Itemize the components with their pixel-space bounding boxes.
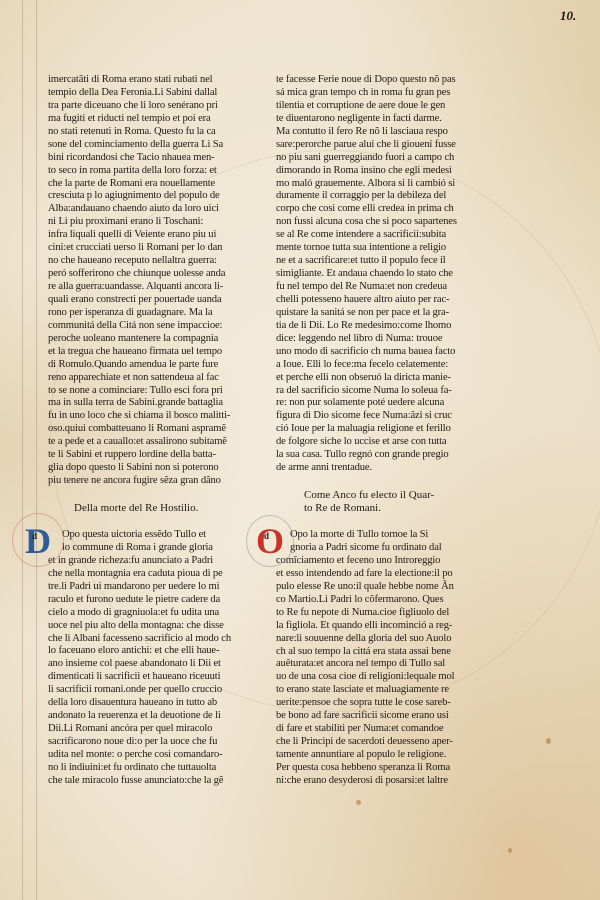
text-line: tra parte diceuano che li loro senérano … bbox=[48, 100, 258, 113]
text-line: no li indiuini:et fu ordinato che tuttau… bbox=[48, 762, 258, 775]
text-line: no che haueano receputo nellaltra guerra… bbox=[48, 255, 258, 268]
text-line: no stati retenuti in Roma. Questo fu la … bbox=[48, 126, 258, 139]
text-line: glia dopo questo li Sabini non si potero… bbox=[48, 462, 258, 475]
text-line: fu in uno loco che si chiama il bosco ma… bbox=[48, 410, 258, 423]
text-line: la figliola. Et quando elli incominció a… bbox=[276, 620, 490, 633]
text-line: no piu sani guerreggiando fuori a campo … bbox=[276, 152, 490, 165]
text-line: te diuentarono negligente in facti darme… bbox=[276, 113, 490, 126]
text-line: de folgore siche lo uccise et arse con t… bbox=[276, 436, 490, 449]
text-line: peroche uoleano mantenere la compagnia bbox=[48, 333, 258, 346]
heading-line: to Re de Romani. bbox=[304, 502, 490, 515]
text-line: simigliante. Et andaua chaendo lo stato … bbox=[276, 268, 490, 281]
text-line: et esso intendendo ad fare la electione:… bbox=[276, 568, 490, 581]
text-line: mente tornoe tutta sua intentione a reli… bbox=[276, 242, 490, 255]
left-paragraph-2: D d Opo questa uictoria essẽdo Tullo et … bbox=[48, 529, 258, 788]
text-line: Per questa cosa hebbeno speranza li Roma bbox=[276, 762, 490, 775]
text-line: Dii.Li Romani ancóra per quel miracolo bbox=[48, 723, 258, 736]
text-line: peró sofferirono che chiunque uolesse an… bbox=[48, 268, 258, 281]
text-line: to Re fu nepote di Numa.cioe figliuolo d… bbox=[276, 607, 490, 620]
text-line: sone del cominciamento della guerra Li S… bbox=[48, 139, 258, 152]
text-line: ció Ioue per la maluagia religione et fe… bbox=[276, 423, 490, 436]
text-line: et perche elli non obseruó la diricta ma… bbox=[276, 372, 490, 385]
text-line: lo faceuano eloro antichi: et che elli h… bbox=[48, 645, 258, 658]
text-line: uerite:pensoe che sopra tutte le cose sa… bbox=[276, 697, 490, 710]
text-line: piu tenere ne ancora fugire sẽza gran dã… bbox=[48, 475, 258, 488]
text-line: uo de una cosa cioe di religioni:lequale… bbox=[276, 671, 490, 684]
text-line: infra liquali quelli di Veiente erano pi… bbox=[48, 229, 258, 242]
text-line: uno modo di sacrificio ch numa bauea fac… bbox=[276, 346, 490, 359]
text-line: communitá della Citá non sene impaccioe: bbox=[48, 320, 258, 333]
illuminated-initial-o: O bbox=[252, 521, 288, 561]
text-line: dimorando in Roma insino che egli medesi bbox=[276, 165, 490, 178]
text-line: tre.li Padri ui mandarono per uedere lo … bbox=[48, 581, 258, 594]
ruling-line bbox=[22, 0, 23, 900]
text-line: sare:perorche parue alui che li giouení … bbox=[276, 139, 490, 152]
text-line: raculo et furono uedute le pietre cadere… bbox=[48, 594, 258, 607]
text-line: di Romulo.Quando amendua le parte fure bbox=[48, 359, 258, 372]
text-line: bini ricordandosi che Tacio nhauea men- bbox=[48, 152, 258, 165]
text-line: udita nel monte: o perche cosi comandaro… bbox=[48, 749, 258, 762]
guide-letter: d bbox=[32, 531, 37, 541]
text-line: be bono ad fare sacrificii sicome erano … bbox=[276, 710, 490, 723]
text-line: della loro disauentura haueano in tutto … bbox=[48, 697, 258, 710]
text-line: sacrificarono noue di:o per la uoce che … bbox=[48, 736, 258, 749]
heading-line: Come Anco fu electo il Quar- bbox=[304, 489, 490, 502]
text-line: dice: leggendo nel libro di Numa: trouoe bbox=[276, 333, 490, 346]
text-line: duramente il corraggio per la debileza d… bbox=[276, 190, 490, 203]
text-line: ch al suo tempo la cittá era stata assai… bbox=[276, 646, 490, 659]
text-line: che li Principi de sacerdoti deuesseno a… bbox=[276, 736, 490, 749]
text-line: li sacrificii romani.onde per quello cru… bbox=[48, 684, 258, 697]
chapter-heading: Della morte del Re Hostilio. bbox=[74, 502, 258, 515]
text-line: reno apparechiate et non sattendeua al f… bbox=[48, 372, 258, 385]
text-line: cini:et crucciati uerso li Romani per lo… bbox=[48, 242, 258, 255]
text-line: figura di Dio sicome fece Numa:ãzi si cr… bbox=[276, 410, 490, 423]
text-line: tilentia et corruptione de aere doue le … bbox=[276, 100, 490, 113]
text-line: cresciuta p lo agiugnimento del populo d… bbox=[48, 190, 258, 203]
text-line: andonato la reuerenza et la deuotione de… bbox=[48, 710, 258, 723]
text-line: tamente annuntiare al populo le religion… bbox=[276, 749, 490, 762]
text-line: gnoria a Padri sicome fu ordinato dal bbox=[276, 542, 490, 555]
foxing-spot bbox=[546, 738, 551, 744]
text-line: rono per isperanza di guadagnare. Ma la bbox=[48, 307, 258, 320]
ruling-line bbox=[36, 0, 37, 900]
text-line: tia de li Dii. Lo Re medesimo:come lhomo bbox=[276, 320, 490, 333]
text-line: mo maló grauemente. Albora si li cambió … bbox=[276, 178, 490, 191]
text-line: chelli potesseno hauere altro aiuto per … bbox=[276, 294, 490, 307]
text-line: pulo elesse Re uno:il quale hebbe nome Ã… bbox=[276, 581, 490, 594]
text-line: quali erano constrecti per pouertade uan… bbox=[48, 294, 258, 307]
text-line: dimenticati li sacrificii et haueano ric… bbox=[48, 671, 258, 684]
text-line: corpo che cosi come elli credea in prima… bbox=[276, 203, 490, 216]
text-line: re: non pur solamente poté uedere alcuna bbox=[276, 397, 490, 410]
text-line: te facesse Ferie noue di Dopo questo nõ … bbox=[276, 74, 490, 87]
right-paragraph-2: O d Opo la morte di Tullo tornoe la Si g… bbox=[276, 529, 490, 788]
text-line: comīciamento et feceno uno Introreggio bbox=[276, 555, 490, 568]
text-line: la sua casa. Tullo regnó con grande preg… bbox=[276, 449, 490, 462]
chapter-heading: Come Anco fu electo il Quar- to Re de Ro… bbox=[304, 489, 490, 515]
right-column: te facesse Ferie noue di Dopo questo nõ … bbox=[276, 74, 490, 788]
text-line: ni:che erano desyderosi di posarsi:et la… bbox=[276, 775, 490, 788]
right-paragraph-1: te facesse Ferie noue di Dopo questo nõ … bbox=[276, 74, 490, 475]
text-line: fu nel tempo del Re Numa:et non credeua bbox=[276, 281, 490, 294]
text-line: se al Re come intendere a sacrificii:sub… bbox=[276, 229, 490, 242]
text-line: non fussi alcuna cosa che si poco sapart… bbox=[276, 216, 490, 229]
folio-number: 10. bbox=[560, 8, 576, 24]
text-line: re alla guerra:uandasse. Alquanti ancora… bbox=[48, 281, 258, 294]
text-line: Alba:andauano chaendo aiuto da loro uici bbox=[48, 203, 258, 216]
text-line: lo commune di Roma i grande gloria bbox=[48, 542, 258, 555]
text-line: uoce nel piu alto della montagna: che di… bbox=[48, 620, 258, 633]
text-line: che la parte de Romani era nouellamente bbox=[48, 178, 258, 191]
foxing-spot bbox=[356, 800, 361, 805]
text-line: ma in sulla terra de Sabini.grande batta… bbox=[48, 397, 258, 410]
text-line: nare:li souuenne della gloria del suo Au… bbox=[276, 633, 490, 646]
text-line: che tale miracolo fusse anunciato:che la… bbox=[48, 775, 258, 788]
text-line: Opo la morte di Tullo tornoe la Si bbox=[276, 529, 490, 542]
text-line: Opo questa uictoria essẽdo Tullo et bbox=[48, 529, 258, 542]
text-line: de arme anni trentadue. bbox=[276, 462, 490, 475]
text-line: to seco in roma partita della loro forza… bbox=[48, 165, 258, 178]
text-line: et in grande richeza:fu anunciato a Padr… bbox=[48, 555, 258, 568]
text-line: ano insieme col paese abandonato li Dii … bbox=[48, 658, 258, 671]
text-line: et la tregua che haueano firmata uel tem… bbox=[48, 346, 258, 359]
text-line: ma fugiti et riducti nel tempio et poi e… bbox=[48, 113, 258, 126]
text-line: a Ioue. Elli lo fece:ma fecelo celatemen… bbox=[276, 359, 490, 372]
guide-letter: d bbox=[264, 531, 269, 541]
illuminated-initial-d: D bbox=[20, 521, 56, 561]
text-line: te li Sabini et ruppero lordine della ba… bbox=[48, 449, 258, 462]
manuscript-page: 10. imercatãti di Roma erano stati rubat… bbox=[0, 0, 600, 900]
text-line: ni Li piu proximani erano li Toschani: bbox=[48, 216, 258, 229]
text-line: auẽturata:et ancora nel tempo di Tullo s… bbox=[276, 658, 490, 671]
text-line: tempio della Dea Feronia.Li Sabini dalla… bbox=[48, 87, 258, 100]
left-paragraph-1: imercatãti di Roma erano stati rubati ne… bbox=[48, 74, 258, 488]
text-line: di fare et stabiliti per Numa:et comando… bbox=[276, 723, 490, 736]
text-line: ne et a sacrificare:et tutto il populo f… bbox=[276, 255, 490, 268]
text-line: imercatãti di Roma erano stati rubati ne… bbox=[48, 74, 258, 87]
text-line: ra del sacrificio sicome Numa lo soleua … bbox=[276, 385, 490, 398]
text-line: to erano state lasciate et maluagiamente… bbox=[276, 684, 490, 697]
text-line: oso.quiui combatteuano li Romani aspramẽ bbox=[48, 423, 258, 436]
text-line: co Martio.Li Padri lo cõfermarono. Ques bbox=[276, 594, 490, 607]
text-line: to se none a cominciare: Tullo esci fora… bbox=[48, 385, 258, 398]
text-line: Ma contutto il fero Re nõ li lasciaua re… bbox=[276, 126, 490, 139]
text-line: cielo a modo di gragniuola:et fu udita u… bbox=[48, 607, 258, 620]
foxing-spot bbox=[508, 848, 512, 853]
text-line: che li Albani facesseno sacrificio al mo… bbox=[48, 633, 258, 646]
left-column: imercatãti di Roma erano stati rubati ne… bbox=[48, 74, 258, 788]
text-line: te a pede et a cauallo:et assalirono sub… bbox=[48, 436, 258, 449]
text-line: che nella montagnia era caduta pioua di … bbox=[48, 568, 258, 581]
text-line: sá mica gran tempo ch in roma fu gran pe… bbox=[276, 87, 490, 100]
text-line: quistare la sanitá se non per pace et la… bbox=[276, 307, 490, 320]
